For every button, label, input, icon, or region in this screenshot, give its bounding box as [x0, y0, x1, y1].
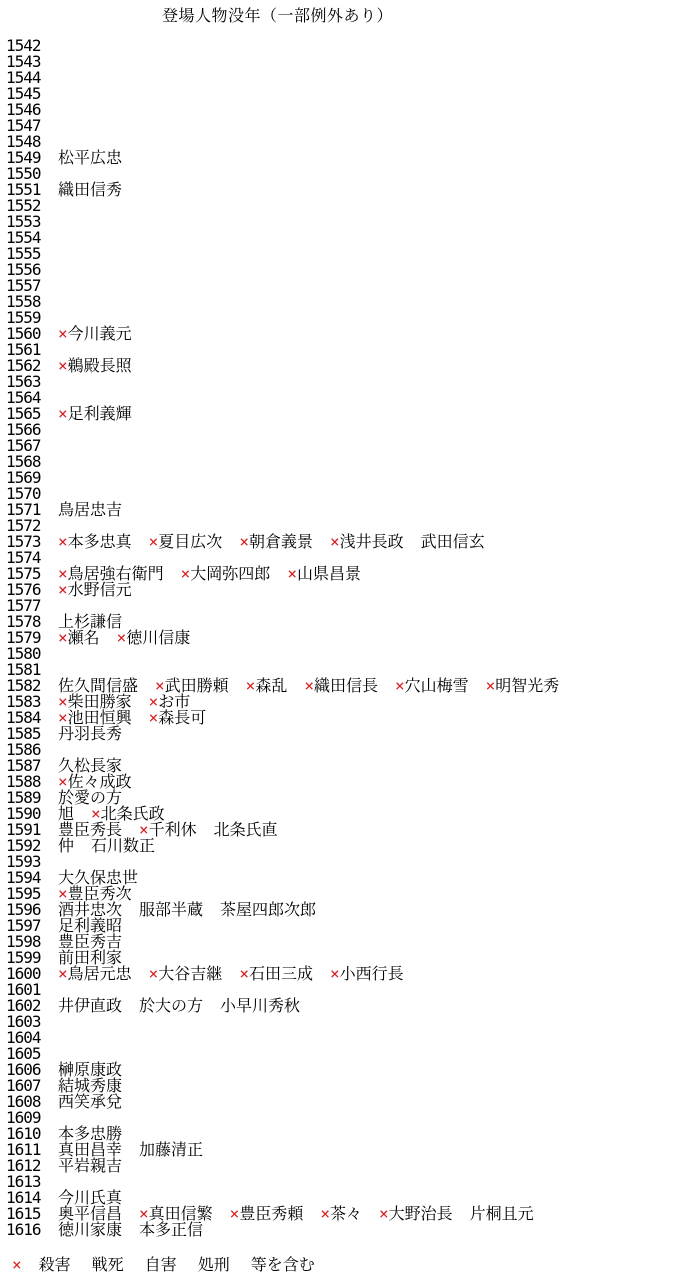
year-row: 1565×足利義輝: [6, 406, 559, 422]
people-entries: 鳥居忠吉: [58, 502, 122, 518]
person-name: 仲: [58, 836, 74, 855]
death-mark-icon: ×: [395, 676, 405, 695]
year-row: 1554: [6, 230, 559, 246]
person-entry: 丹羽長秀: [58, 726, 122, 742]
person-name: 石川数正: [91, 836, 155, 855]
year-row: 1542: [6, 38, 559, 54]
person-name: 徳川家康: [58, 1220, 122, 1239]
person-name: 足利義輝: [68, 404, 132, 423]
person-name: 山県昌景: [297, 564, 361, 583]
person-name: 小西行長: [340, 964, 404, 983]
people-entries: ×鳥居元忠×大谷吉継×石田三成×小西行長: [58, 966, 404, 982]
people-entries: 井伊直政於大の方小早川秀秋: [58, 998, 300, 1014]
legend-item: 戦死: [92, 1255, 124, 1274]
year-row: 1557: [6, 278, 559, 294]
death-mark-icon: ×: [58, 404, 68, 423]
person-name: 今川義元: [68, 324, 132, 343]
person-entry: ×鳥居元忠: [58, 966, 132, 982]
person-name: 井伊直政: [58, 996, 122, 1015]
person-name: 西笑承兌: [58, 1092, 122, 1111]
person-entry: ×大岡弥四郎: [181, 566, 271, 582]
people-entries: 織田信秀: [58, 182, 122, 198]
year-row: 1549松平広忠: [6, 150, 559, 166]
person-name: 本多忠真: [68, 532, 132, 551]
person-entry: ×明智光秀: [486, 678, 560, 694]
person-entry: ×大谷吉継: [149, 966, 223, 982]
person-name: 森長可: [158, 708, 206, 727]
person-name: 浅井長政: [340, 532, 404, 551]
death-mark-icon: ×: [58, 628, 68, 647]
death-mark-icon: ×: [239, 532, 249, 551]
year-row: 1585丹羽長秀: [6, 726, 559, 742]
person-entry: ×瀬名: [58, 630, 100, 646]
person-entry: 徳川家康: [58, 1222, 122, 1238]
person-entry: ×徳川信康: [117, 630, 191, 646]
year-row: 1576×水野信元: [6, 582, 559, 598]
person-entry: 鳥居忠吉: [58, 502, 122, 518]
person-name: 豊臣秀頼: [239, 1204, 303, 1223]
person-name: 大岡弥四郎: [190, 564, 270, 583]
death-mark-icon: ×: [246, 676, 256, 695]
person-name: 片桐且元: [470, 1204, 534, 1223]
death-mark-icon: ×: [58, 324, 68, 343]
person-name: 小早川秀秋: [220, 996, 300, 1015]
year-row: 1600×鳥居元忠×大谷吉継×石田三成×小西行長: [6, 966, 559, 982]
year-row: 1579×瀬名×徳川信康: [6, 630, 559, 646]
person-entry: ×朝倉義景: [239, 534, 313, 550]
people-entries: ×水野信元: [58, 582, 132, 598]
person-name: 茶屋四郎次郎: [220, 900, 316, 919]
legend-item: 処刑: [198, 1255, 230, 1274]
person-entry: ×小西行長: [330, 966, 404, 982]
people-entries: ×鵜殿長照: [58, 358, 132, 374]
year-row: 1571鳥居忠吉: [6, 502, 559, 518]
person-entry: ×夏目広次: [149, 534, 223, 550]
year-row: 1592仲石川数正: [6, 838, 559, 854]
year-row: 1556: [6, 262, 559, 278]
person-entry: 松平広忠: [58, 150, 122, 166]
people-entries: 西笑承兌: [58, 1094, 122, 1110]
person-entry: 片桐且元: [470, 1206, 534, 1222]
person-entry: 井伊直政: [58, 998, 122, 1014]
people-entries: 仲石川数正: [58, 838, 155, 854]
year-row: 1558: [6, 294, 559, 310]
person-name: 石田三成: [249, 964, 313, 983]
death-mark-icon: ×: [149, 708, 159, 727]
person-name: 平岩親吉: [58, 1156, 122, 1175]
death-mark-icon: ×: [287, 564, 297, 583]
person-entry: 武田信玄: [421, 534, 485, 550]
legend-item: 自害: [145, 1255, 177, 1274]
death-year-list: 15421543154415451546154715481549松平広忠1550…: [6, 38, 559, 1238]
death-mark-icon: ×: [304, 676, 314, 695]
year-row: 1566: [6, 422, 559, 438]
person-name: 瀬名: [68, 628, 100, 647]
person-entry: 平岩親吉: [58, 1158, 122, 1174]
year-row: 1546: [6, 102, 559, 118]
year-row: 1551織田信秀: [6, 182, 559, 198]
page-title: 登場人物没年（一部例外あり）: [162, 7, 393, 24]
people-entries: ×瀬名×徳川信康: [58, 630, 190, 646]
death-mark-icon: ×: [181, 564, 191, 583]
year-row: 1573×本多忠真×夏目広次×朝倉義景×浅井長政武田信玄: [6, 534, 559, 550]
person-name: 大野治長: [389, 1204, 453, 1223]
person-entry: ×今川義元: [58, 326, 132, 342]
person-entry: 加藤清正: [139, 1142, 203, 1158]
person-entry: ×大野治長: [379, 1206, 453, 1222]
person-entry: ×森長可: [149, 710, 207, 726]
person-name: 大谷吉継: [158, 964, 222, 983]
year-row: 1591豊臣秀長×千利休北条氏直: [6, 822, 559, 838]
people-entries: 奥平信昌×真田信繁×豊臣秀頼×茶々×大野治長片桐且元: [58, 1206, 534, 1222]
person-entry: ×茶々: [320, 1206, 362, 1222]
people-entries: 丹羽長秀: [58, 726, 122, 742]
legend-item: 殺害: [39, 1255, 71, 1274]
year-row: 1560×今川義元: [6, 326, 559, 342]
person-name: 加藤清正: [139, 1140, 203, 1159]
death-mark-icon: ×: [230, 1204, 240, 1223]
year-row: 1553: [6, 214, 559, 230]
people-entries: ×本多忠真×夏目広次×朝倉義景×浅井長政武田信玄: [58, 534, 485, 550]
person-name: 森乱: [255, 676, 287, 695]
year-row: 1608西笑承兌: [6, 1094, 559, 1110]
person-entry: ×浅井長政: [330, 534, 404, 550]
person-entry: 北条氏直: [214, 822, 278, 838]
people-entries: 松平広忠: [58, 150, 122, 166]
year-row: 1604: [6, 1030, 559, 1046]
people-entries: ×今川義元: [58, 326, 132, 342]
person-entry: ×石田三成: [239, 966, 313, 982]
death-mark-icon: ×: [239, 964, 249, 983]
year-row: 1545: [6, 86, 559, 102]
person-name: 茶々: [330, 1204, 362, 1223]
year-row: 1562×鵜殿長照: [6, 358, 559, 374]
death-mark-icon: ×: [379, 1204, 389, 1223]
year-label: 1616: [6, 1222, 58, 1238]
year-row: 1589於愛の方: [6, 790, 559, 806]
person-name: 松平広忠: [58, 148, 122, 167]
year-row: 1547: [6, 118, 559, 134]
person-name: 北条氏直: [214, 820, 278, 839]
person-name: 服部半蔵: [139, 900, 203, 919]
legend-items: 殺害戦死自害処刑等を含む: [39, 1255, 315, 1274]
person-entry: 仲: [58, 838, 74, 854]
death-mark-icon: ×: [117, 628, 127, 647]
person-name: 本多正信: [139, 1220, 203, 1239]
person-entry: ×森乱: [246, 678, 288, 694]
person-name: 鳥居元忠: [68, 964, 132, 983]
year-row: 1580: [6, 646, 559, 662]
death-mark-icon: ×: [58, 532, 68, 551]
person-name: 明智光秀: [495, 676, 559, 695]
person-entry: ×水野信元: [58, 582, 132, 598]
death-mark-icon: ×: [149, 964, 159, 983]
person-entry: 小早川秀秋: [220, 998, 300, 1014]
person-entry: ×鵜殿長照: [58, 358, 132, 374]
person-entry: 茶屋四郎次郎: [220, 902, 316, 918]
death-mark-icon: ×: [58, 964, 68, 983]
person-name: 武田信玄: [421, 532, 485, 551]
year-row: 1612平岩親吉: [6, 1158, 559, 1174]
death-mark-icon: ×: [330, 532, 340, 551]
year-row: 1543: [6, 54, 559, 70]
death-mark-icon: ×: [58, 580, 68, 599]
person-name: 鵜殿長照: [68, 356, 132, 375]
person-entry: 本多正信: [139, 1222, 203, 1238]
person-entry: ×穴山梅雪: [395, 678, 469, 694]
people-entries: 平岩親吉: [58, 1158, 122, 1174]
person-entry: 石川数正: [91, 838, 155, 854]
person-name: 水野信元: [68, 580, 132, 599]
person-name: 織田信長: [314, 676, 378, 695]
person-name: 夏目広次: [158, 532, 222, 551]
people-entries: 徳川家康本多正信: [58, 1222, 203, 1238]
person-name: 穴山梅雪: [405, 676, 469, 695]
year-row: 1544: [6, 70, 559, 86]
person-entry: 西笑承兌: [58, 1094, 122, 1110]
death-mark-icon: ×: [486, 676, 496, 695]
legend-item: 等を含む: [251, 1255, 315, 1274]
death-mark-icon: ×: [58, 356, 68, 375]
death-mark-icon: ×: [320, 1204, 330, 1223]
death-mark-icon: ×: [149, 532, 159, 551]
year-row: 1568: [6, 454, 559, 470]
people-entries: 佐久間信盛×武田勝頼×森乱×織田信長×穴山梅雪×明智光秀: [58, 678, 559, 694]
person-entry: 織田信秀: [58, 182, 122, 198]
person-name: 千利休: [149, 820, 197, 839]
person-name: 朝倉義景: [249, 532, 313, 551]
year-row: 1567: [6, 438, 559, 454]
legend: ×殺害戦死自害処刑等を含む: [12, 1257, 315, 1273]
death-mark-icon: ×: [12, 1255, 22, 1274]
year-row: 1603: [6, 1014, 559, 1030]
people-entries: ×足利義輝: [58, 406, 132, 422]
year-row: 1616徳川家康本多正信: [6, 1222, 559, 1238]
year-row: 1569: [6, 470, 559, 486]
year-row: 1552: [6, 198, 559, 214]
person-entry: 服部半蔵: [139, 902, 203, 918]
person-name: 織田信秀: [58, 180, 122, 199]
year-row: 1563: [6, 374, 559, 390]
person-entry: ×本多忠真: [58, 534, 132, 550]
person-entry: ×豊臣秀頼: [230, 1206, 304, 1222]
person-name: 丹羽長秀: [58, 724, 122, 743]
death-mark-icon: ×: [330, 964, 340, 983]
person-entry: ×足利義輝: [58, 406, 132, 422]
year-row: 1555: [6, 246, 559, 262]
person-entry: ×山県昌景: [287, 566, 361, 582]
person-entry: 於大の方: [139, 998, 203, 1014]
person-name: 鳥居忠吉: [58, 500, 122, 519]
person-entry: ×織田信長: [304, 678, 378, 694]
year-row: 1602井伊直政於大の方小早川秀秋: [6, 998, 559, 1014]
person-name: 徳川信康: [126, 628, 190, 647]
person-name: 於大の方: [139, 996, 203, 1015]
